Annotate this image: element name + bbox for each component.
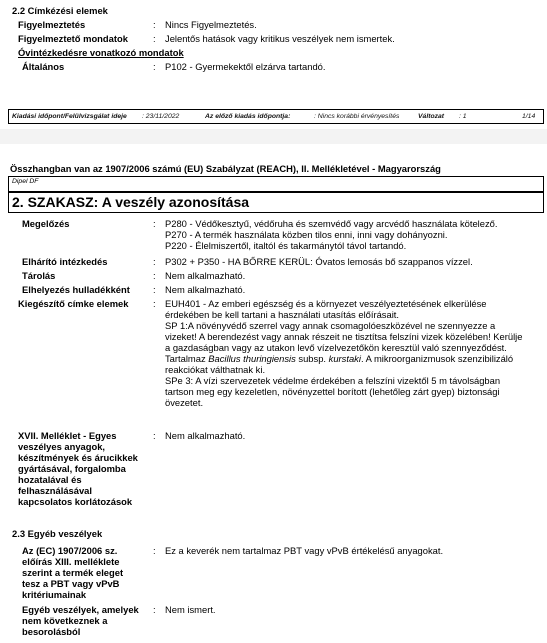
page-number: 1/14	[522, 110, 535, 123]
colon: :	[153, 298, 165, 408]
sp1-text: SP 1:A növényvédő szerrel vagy annak cso…	[165, 320, 525, 353]
prevention-line: P270 - A termék használata közben tilos …	[165, 229, 537, 240]
colon: :	[153, 256, 165, 267]
colon: :	[153, 545, 165, 600]
version-value: : 1	[459, 110, 467, 123]
prevention-label: Megelőzés	[22, 218, 153, 251]
prevention-line: P280 - Védőkesztyű, védőruha és szemvédő…	[165, 218, 537, 229]
signal-word-label: Figyelmeztetés	[18, 19, 153, 30]
pbt-row: Az (EC) 1907/2006 sz. előírás XIII. mell…	[22, 545, 547, 600]
storage-label: Tárolás	[22, 270, 153, 281]
issue-date-label: Kiadási időpont/Felülvizsgálat ideje	[12, 110, 127, 123]
response-value: P302 + P350 - HA BŐRRE KERÜL: Óvatos lem…	[165, 256, 547, 267]
storage-value: Nem alkalmazható.	[165, 270, 547, 281]
product-name: Dipel DF	[8, 176, 544, 192]
colon: :	[153, 430, 165, 507]
colon: :	[153, 33, 165, 44]
supplemental-row: Kiegészítő címke elemek : EUH401 - Az em…	[18, 298, 547, 408]
pbt-label: Az (EC) 1907/2006 sz. előírás XIII. mell…	[22, 545, 132, 600]
spe3-text: SPe 3: A vízi szervezetek védelme érdeké…	[165, 375, 525, 408]
colon: :	[153, 604, 165, 637]
other-hazards-row: Egyéb veszélyek, amelyek nem következnek…	[22, 604, 547, 637]
prevention-value: P280 - Védőkesztyű, védőruha és szemvédő…	[165, 218, 547, 251]
general-label: Általános	[22, 61, 153, 72]
euh401-text: EUH401 - Az emberi egészség és a környez…	[165, 298, 525, 320]
previous-issue-value: : Nincs korábbi érvényesítés	[314, 110, 399, 123]
disposal-value: Nem alkalmazható.	[165, 284, 547, 295]
colon: :	[153, 218, 165, 251]
colon: :	[153, 284, 165, 295]
other-hazards-label: Egyéb veszélyek, amelyek nem következnek…	[22, 604, 147, 637]
supplemental-value: EUH401 - Az emberi egészség és a környez…	[165, 298, 547, 408]
previous-issue-label: Az előző kiadás időpontja:	[205, 110, 290, 123]
labeling-heading: 2.2 Címkézési elemek	[12, 5, 108, 16]
other-hazards-heading: 2.3 Egyéb veszélyek	[12, 528, 102, 539]
contains-text: Tartalmaz Bacillus thuringiensis subsp. …	[165, 353, 525, 375]
signal-word-value: Nincs Figyelmeztetés.	[165, 19, 547, 30]
response-row: Elhárító intézkedés : P302 + P350 - HA B…	[22, 256, 547, 267]
page-separator	[0, 129, 547, 144]
hazard-statements-row: Figyelmeztető mondatok : Jelentős hatáso…	[18, 33, 547, 44]
hazard-statements-value: Jelentős hatások vagy kritikus veszélyek…	[165, 33, 547, 44]
pbt-value: Ez a keverék nem tartalmaz PBT vagy vPvB…	[165, 545, 547, 600]
other-hazards-value: Nem ismert.	[165, 604, 547, 637]
prevention-row: Megelőzés : P280 - Védőkesztyű, védőruha…	[22, 218, 547, 251]
disposal-label: Elhelyezés hulladékként	[22, 284, 153, 295]
contains-species: Bacillus thuringiensis	[208, 353, 296, 364]
colon: :	[153, 61, 165, 72]
signal-word-row: Figyelmeztetés : Nincs Figyelmeztetés.	[18, 19, 547, 30]
contains-subspecies: kurstaki	[329, 353, 361, 364]
storage-row: Tárolás : Nem alkalmazható.	[22, 270, 547, 281]
contains-mid: subsp.	[296, 353, 329, 364]
version-label: Változat	[418, 110, 444, 123]
issue-date-value: : 23/11/2022	[142, 110, 179, 123]
annex-xvii-value: Nem alkalmazható.	[165, 430, 547, 507]
general-value: P102 - Gyermekektől elzárva tartandó.	[165, 61, 547, 72]
section-title: 2. SZAKASZ: A veszély azonosítása	[8, 191, 544, 213]
general-row: Általános : P102 - Gyermekektől elzárva …	[22, 61, 547, 72]
colon: :	[153, 19, 165, 30]
regulation-title: Összhangban van az 1907/2006 számú (EU) …	[10, 163, 441, 174]
hazard-statements-label: Figyelmeztető mondatok	[18, 33, 153, 44]
precautionary-heading: Óvintézkedésre vonatkozó mondatok	[18, 47, 184, 58]
annex-xvii-label: XVII. Melléklet - Egyes veszélyes anyago…	[18, 430, 141, 507]
disposal-row: Elhelyezés hulladékként : Nem alkalmazha…	[22, 284, 547, 295]
colon: :	[153, 270, 165, 281]
response-label: Elhárító intézkedés	[22, 256, 153, 267]
page-footer: Kiadási időpont/Felülvizsgálat ideje : 2…	[8, 109, 544, 124]
annex-xvii-row: XVII. Melléklet - Egyes veszélyes anyago…	[18, 430, 547, 507]
prevention-line: P220 - Élelmiszertől, italtól és takarmá…	[165, 240, 537, 251]
contains-prefix: Tartalmaz	[165, 353, 208, 364]
supplemental-label: Kiegészítő címke elemek	[18, 298, 153, 408]
